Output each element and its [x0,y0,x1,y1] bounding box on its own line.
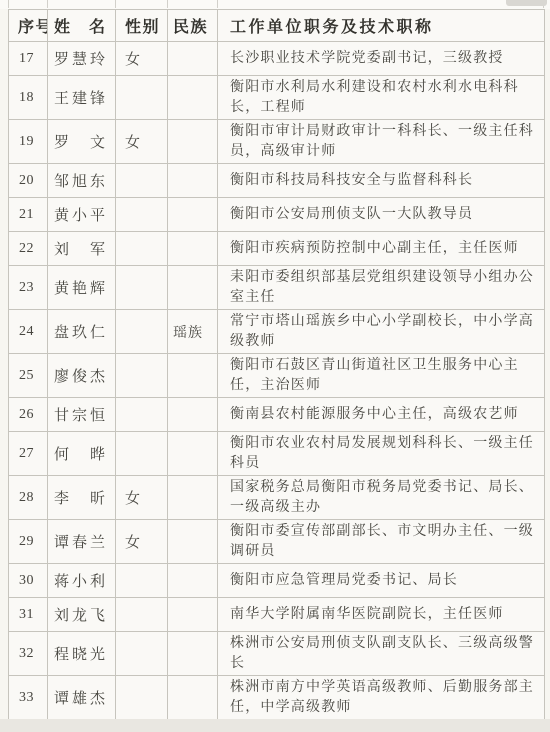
cell-ethnicity [168,354,218,398]
column-border-tick [217,0,218,8]
cell-gender [116,164,168,198]
cell-job: 长沙职业技术学院党委副书记，三级教授 [218,42,545,76]
cell-gender [116,232,168,266]
cell-job: 常宁市塔山瑶族乡中心小学副校长，中小学高级教师 [218,310,545,354]
header-cell-gender: 性别 [116,10,168,42]
cell-ethnicity [168,520,218,564]
cell-gender [116,266,168,310]
cell-name: 蒋小利 [48,564,116,598]
header-cell-ethnicity: 民族 [168,10,218,42]
cell-gender [116,676,168,720]
cell-name: 程晓光 [48,632,116,676]
cell-gender: 女 [116,476,168,520]
cell-ethnicity [168,398,218,432]
table-row: 33谭雄杰株洲市南方中学英语高级教师、后勤服务部主任，中学高级教师 [9,676,545,720]
cell-gender [116,632,168,676]
cell-ethnicity [168,164,218,198]
cell-name: 罗 文 [48,120,116,164]
cell-name: 盘玖仁 [48,310,116,354]
cell-gender [116,598,168,632]
cell-name: 黄小平 [48,198,116,232]
cell-ethnicity [168,198,218,232]
cell-no: 27 [9,432,48,476]
header-cell-no: 序号 [9,10,48,42]
table-row: 28李 昕女国家税务总局衡阳市税务局党委书记、局长、一级高级主办 [9,476,545,520]
table-row: 32程晓光株洲市公安局刑侦支队副支队长、三级高级警长 [9,632,545,676]
cell-ethnicity [168,598,218,632]
cell-name: 王建锋 [48,76,116,120]
cell-name: 罗慧玲 [48,42,116,76]
cell-no: 26 [9,398,48,432]
cell-job: 衡阳市科技局科技安全与监督科科长 [218,164,545,198]
cell-name: 刘 军 [48,232,116,266]
cell-gender [116,76,168,120]
table-row: 20邹旭东衡阳市科技局科技安全与监督科科长 [9,164,545,198]
cell-name: 何 晔 [48,432,116,476]
cell-no: 32 [9,632,48,676]
column-border-tick [115,0,116,8]
cell-no: 19 [9,120,48,164]
cell-no: 29 [9,520,48,564]
cell-job: 南华大学附属南华医院副院长，主任医师 [218,598,545,632]
table-row: 27何 晔衡阳市农业农村局发展规划科科长、一级主任科员 [9,432,545,476]
cell-job: 衡阳市公安局刑侦支队一大队教导员 [218,198,545,232]
cell-ethnicity [168,266,218,310]
cell-job: 衡阳市水利局水利建设和农村水利水电科科长，工程师 [218,76,545,120]
cell-ethnicity [168,632,218,676]
cell-no: 33 [9,676,48,720]
table-row: 21黄小平衡阳市公安局刑侦支队一大队教导员 [9,198,545,232]
cell-no: 31 [9,598,48,632]
cell-no: 20 [9,164,48,198]
table-row: 26甘宗恒衡南县农村能源服务中心主任，高级农艺师 [9,398,545,432]
roster-table: 序号 姓 名 性别 民族 工作单位职务及技术职称 17罗慧玲女长沙职业技术学院党… [8,9,545,720]
cell-job: 株洲市南方中学英语高级教师、后勤服务部主任，中学高级教师 [218,676,545,720]
cell-job: 耒阳市委组织部基层党组织建设领导小组办公室主任 [218,266,545,310]
cell-job: 衡阳市农业农村局发展规划科科长、一级主任科员 [218,432,545,476]
cell-gender [116,310,168,354]
table-header-row: 序号 姓 名 性别 民族 工作单位职务及技术职称 [9,10,545,42]
cell-job: 衡阳市审计局财政审计一科科长、一级主任科员，高级审计师 [218,120,545,164]
header-cell-name: 姓 名 [48,10,116,42]
table-row: 31刘龙飞南华大学附属南华医院副院长，主任医师 [9,598,545,632]
cell-no: 22 [9,232,48,266]
cell-name: 廖俊杰 [48,354,116,398]
cell-gender [116,354,168,398]
cell-no: 30 [9,564,48,598]
table-row: 17罗慧玲女长沙职业技术学院党委副书记，三级教授 [9,42,545,76]
cell-ethnicity [168,676,218,720]
cell-job: 衡南县农村能源服务中心主任，高级农艺师 [218,398,545,432]
cell-gender [116,432,168,476]
cell-gender [116,198,168,232]
cell-ethnicity [168,120,218,164]
cell-no: 21 [9,198,48,232]
cell-name: 谭春兰 [48,520,116,564]
roster-table-body: 17罗慧玲女长沙职业技术学院党委副书记，三级教授18王建锋衡阳市水利局水利建设和… [9,42,545,720]
cell-gender: 女 [116,120,168,164]
cell-no: 28 [9,476,48,520]
cell-job: 衡阳市委宣传部副部长、市文明办主任、一级调研员 [218,520,545,564]
cell-ethnicity: 瑶族 [168,310,218,354]
page-top-remnant [0,0,550,9]
cell-ethnicity [168,432,218,476]
cell-gender [116,564,168,598]
cell-name: 黄艳辉 [48,266,116,310]
cell-name: 邹旭东 [48,164,116,198]
cell-gender: 女 [116,42,168,76]
cell-no: 25 [9,354,48,398]
cell-ethnicity [168,232,218,266]
cell-ethnicity [168,476,218,520]
column-border-tick [8,0,9,8]
cell-name: 甘宗恒 [48,398,116,432]
cell-job: 国家税务总局衡阳市税务局党委书记、局长、一级高级主办 [218,476,545,520]
table-row: 25廖俊杰衡阳市石鼓区青山街道社区卫生服务中心主任，主治医师 [9,354,545,398]
cell-name: 谭雄杰 [48,676,116,720]
cell-job: 衡阳市应急管理局党委书记、局长 [218,564,545,598]
table-row: 19罗 文女衡阳市审计局财政审计一科科长、一级主任科员，高级审计师 [9,120,545,164]
cell-name: 刘龙飞 [48,598,116,632]
cell-no: 17 [9,42,48,76]
cell-ethnicity [168,564,218,598]
cell-ethnicity [168,42,218,76]
table-row: 18王建锋衡阳市水利局水利建设和农村水利水电科科长，工程师 [9,76,545,120]
column-border-tick [167,0,168,8]
cell-gender: 女 [116,520,168,564]
cell-job: 株洲市公安局刑侦支队副支队长、三级高级警长 [218,632,545,676]
column-border-tick [47,0,48,8]
page-root: { "page": { "background": "#f7f6f1", "ce… [0,0,550,732]
cell-gender [116,398,168,432]
header-cell-job: 工作单位职务及技术职称 [218,10,545,42]
table-row: 23黄艳辉耒阳市委组织部基层党组织建设领导小组办公室主任 [9,266,545,310]
cell-job: 衡阳市疾病预防控制中心副主任，主任医师 [218,232,545,266]
table-row: 30蒋小利衡阳市应急管理局党委书记、局长 [9,564,545,598]
cell-name: 李 昕 [48,476,116,520]
table-row: 24盘玖仁瑶族常宁市塔山瑶族乡中心小学副校长，中小学高级教师 [9,310,545,354]
cell-no: 18 [9,76,48,120]
cell-no: 24 [9,310,48,354]
corner-remnant [506,0,547,6]
table-row: 22刘 军衡阳市疾病预防控制中心副主任，主任医师 [9,232,545,266]
cell-job: 衡阳市石鼓区青山街道社区卫生服务中心主任，主治医师 [218,354,545,398]
page-bottom-strip [0,719,550,732]
table-row: 29谭春兰女衡阳市委宣传部副部长、市文明办主任、一级调研员 [9,520,545,564]
cell-ethnicity [168,76,218,120]
cell-no: 23 [9,266,48,310]
